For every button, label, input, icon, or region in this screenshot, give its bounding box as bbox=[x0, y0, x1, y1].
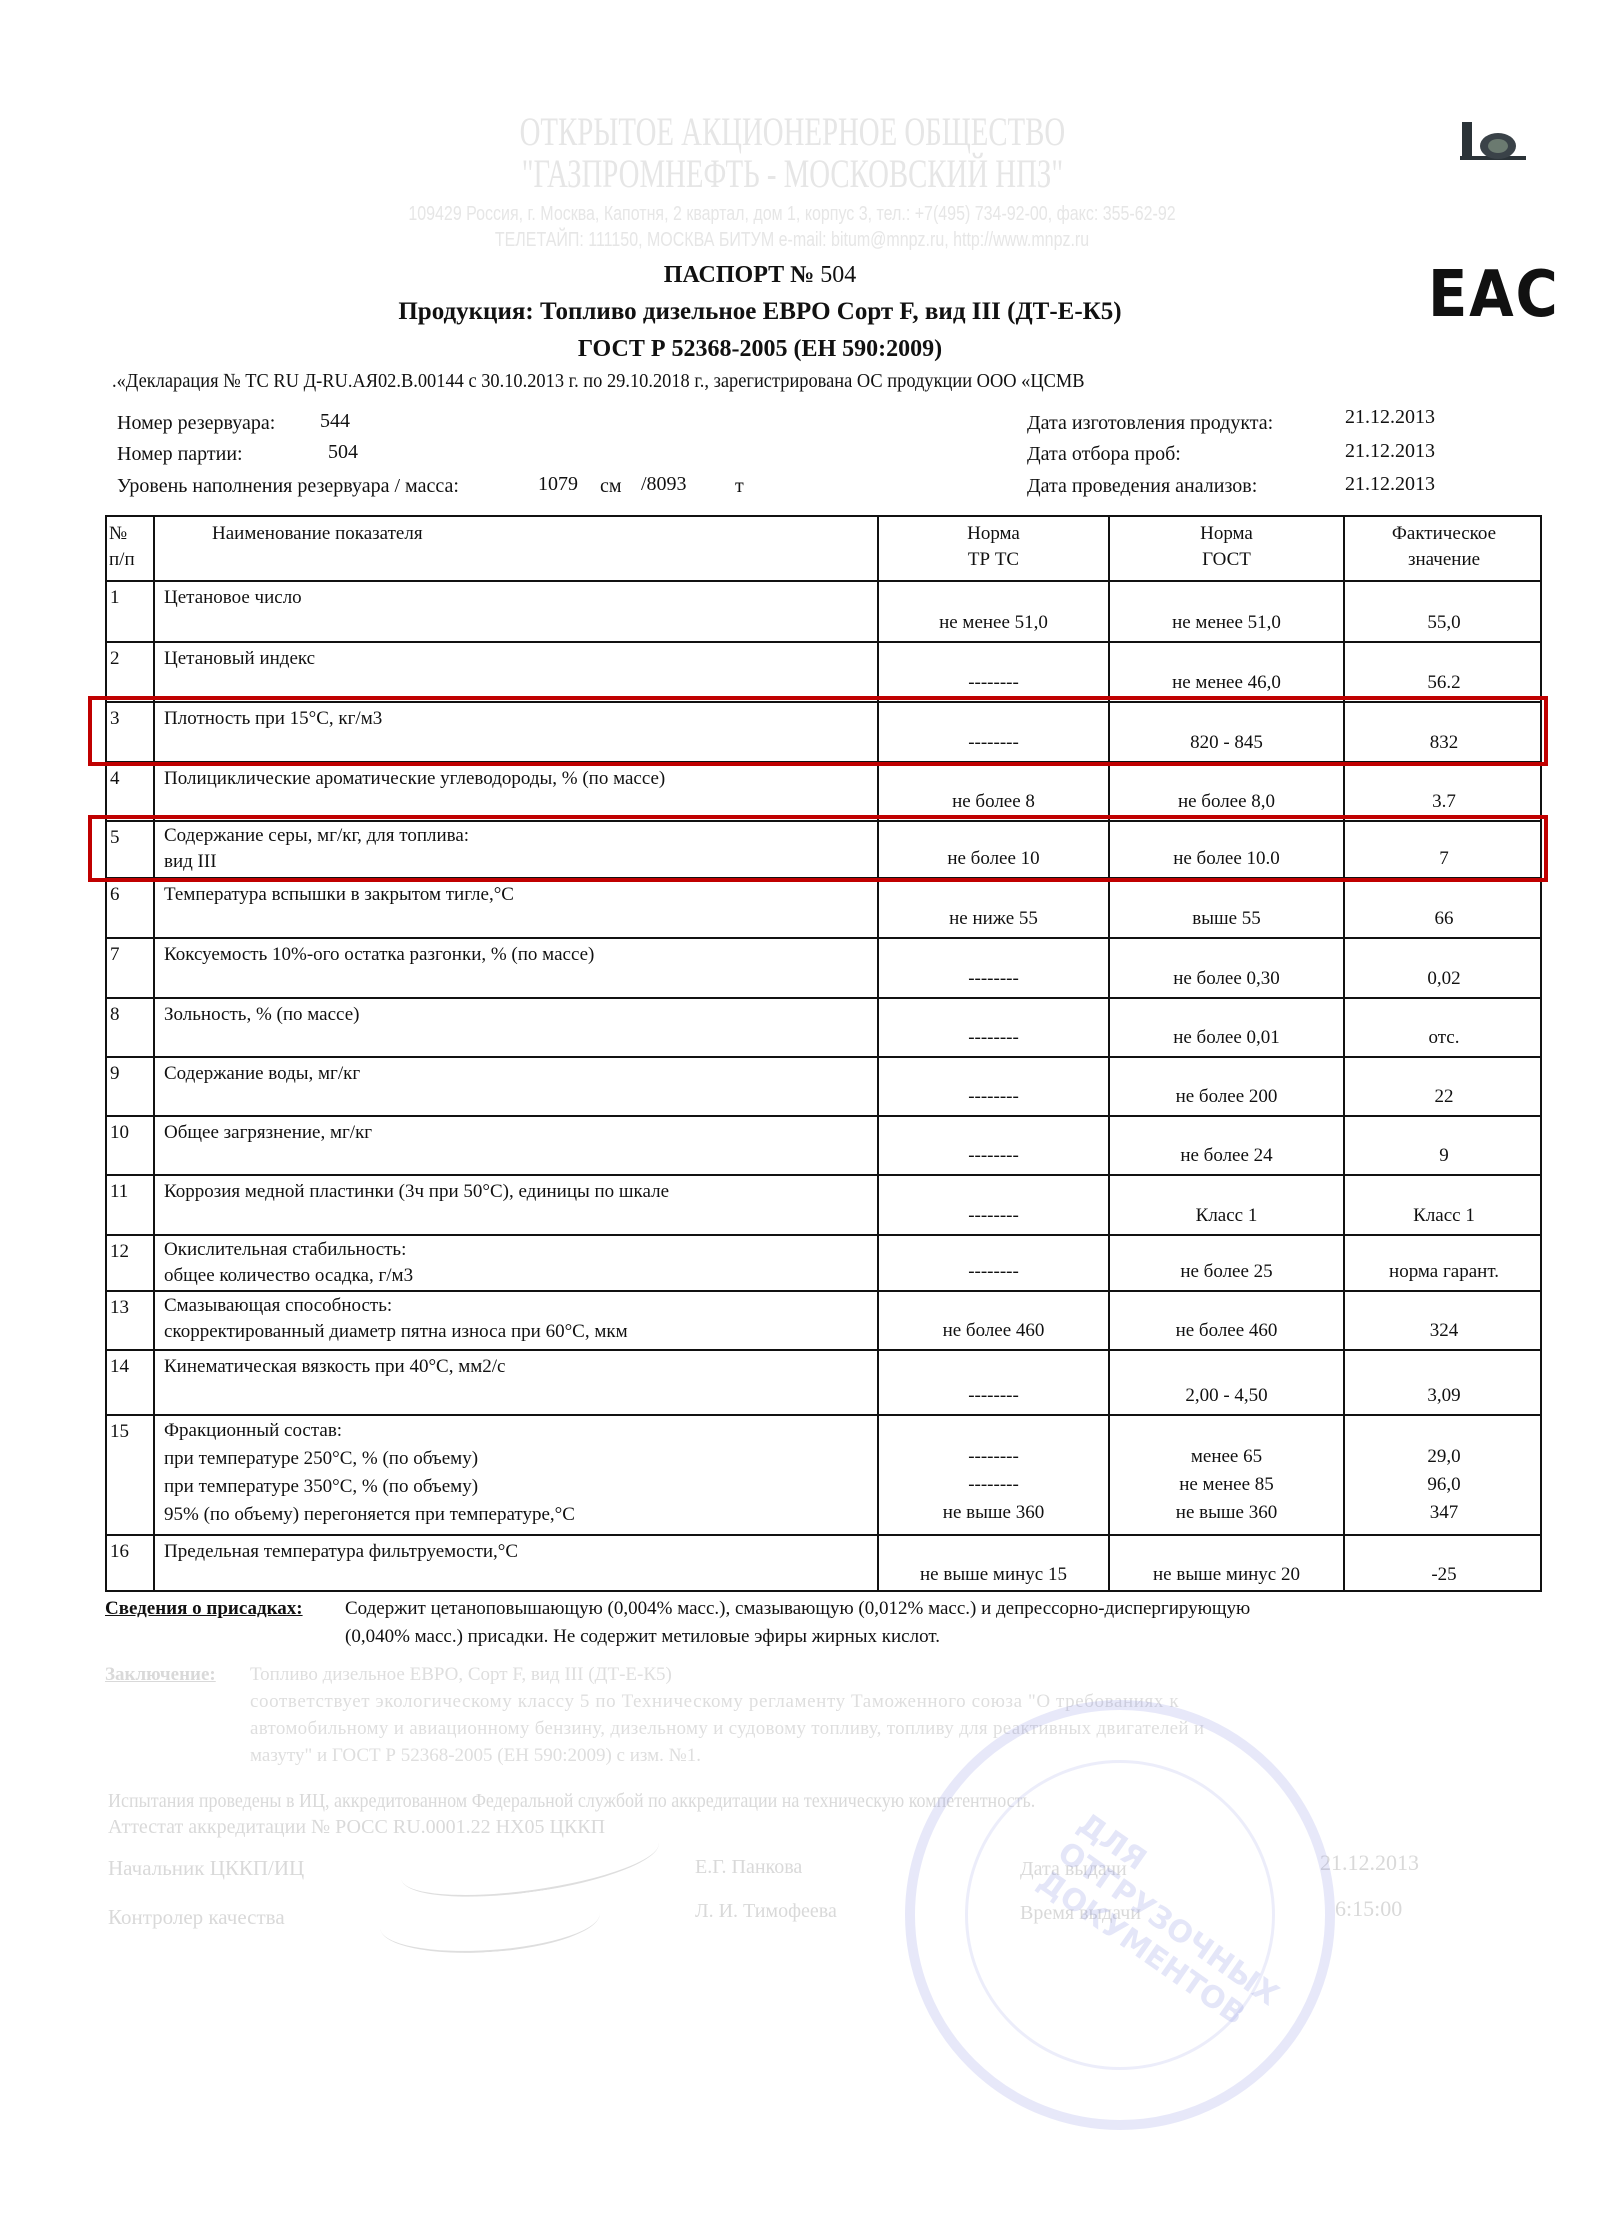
actual-value: отс. bbox=[1344, 1023, 1544, 1053]
controller-title: Контролер качества bbox=[108, 1905, 285, 1930]
actual-value: 22 bbox=[1344, 1082, 1544, 1112]
norm-trts-value: не менее 51,0 bbox=[878, 608, 1109, 638]
norm-trts-value: -------- bbox=[878, 1082, 1109, 1112]
actual-value: Класс 1 bbox=[1344, 1201, 1544, 1231]
passport-number: 504 bbox=[820, 262, 856, 288]
norm-gost-value: не менее 46,0 bbox=[1109, 668, 1344, 698]
row-number: 9 bbox=[110, 1059, 120, 1089]
conclusion-line4: мазуту" и ГОСТ Р 52368-2005 (ЕН 590:2009… bbox=[250, 1745, 701, 1767]
standard-title: ГОСТ Р 52368-2005 (ЕН 590:2009) bbox=[0, 336, 1520, 363]
norm-trts-value: -------- bbox=[878, 1201, 1109, 1231]
company-address: 109429 Россия, г. Москва, Капотня, 2 ква… bbox=[148, 203, 1436, 226]
row-divider bbox=[107, 580, 1540, 582]
norm-trts-value: не выше минус 15 bbox=[878, 1560, 1109, 1590]
row-number: 8 bbox=[110, 1000, 120, 1030]
row-number: 13 bbox=[110, 1293, 129, 1323]
row-number: 15 bbox=[110, 1417, 129, 1447]
norm-trts-value: не ниже 55 bbox=[878, 904, 1109, 934]
tests-statement: Испытания проведены в ИЦ, аккредитованно… bbox=[108, 1790, 1035, 1813]
row-divider bbox=[107, 1115, 1540, 1117]
indicator-name: Кинематическая вязкость при 40°С, мм2/с bbox=[164, 1352, 505, 1382]
indicator-name: Коксуемость 10%-ого остатка разгонки, % … bbox=[164, 940, 594, 970]
signature-controller bbox=[378, 1882, 602, 1959]
norm-trts-value: не более 460 bbox=[878, 1316, 1109, 1346]
norm-gost-value: не более 0,30 bbox=[1109, 964, 1344, 994]
actual-value: 66 bbox=[1344, 904, 1544, 934]
norm-gost-value: не более 25 bbox=[1109, 1257, 1344, 1287]
row-divider bbox=[107, 1534, 1540, 1536]
controller-name: Л. И. Тимофеева bbox=[695, 1900, 837, 1923]
row-divider bbox=[107, 1056, 1540, 1058]
indicator-name: Содержание воды, мг/кг bbox=[164, 1059, 360, 1089]
batch-number-value: 504 bbox=[328, 441, 358, 464]
row-number: 1 bbox=[110, 583, 120, 613]
batch-number-label: Номер партии: bbox=[117, 443, 243, 466]
fill-level-unit: см bbox=[600, 475, 622, 498]
indicator-name: Полициклические ароматические углеводоро… bbox=[164, 764, 665, 794]
company-contacts: ТЕЛЕТАЙП: 111150, МОСКВА БИТУМ e-mail: b… bbox=[148, 229, 1436, 252]
indicator-name: Окислительная стабильность:общее количес… bbox=[164, 1237, 413, 1289]
actual-value: 55,0 bbox=[1344, 608, 1544, 638]
conclusion-label: Заключение: bbox=[105, 1664, 216, 1686]
issue-time-value: 6:15:00 bbox=[1335, 1896, 1402, 1922]
row-number: 7 bbox=[110, 940, 120, 970]
analysis-date-value: 21.12.2013 bbox=[1345, 473, 1435, 496]
production-date-value: 21.12.2013 bbox=[1345, 406, 1435, 429]
norm-trts-value: -------- bbox=[878, 1381, 1109, 1411]
actual-value: 9 bbox=[1344, 1141, 1544, 1171]
norm-gost-value: 2,00 - 4,50 bbox=[1109, 1381, 1344, 1411]
indicator-name: Цетановый индекс bbox=[164, 644, 315, 674]
row-number: 4 bbox=[110, 764, 120, 794]
row-divider bbox=[107, 937, 1540, 939]
column-divider bbox=[153, 517, 155, 1590]
norm-trts-value: -------- bbox=[878, 1023, 1109, 1053]
norm-gost-value: не более 8,0 bbox=[1109, 787, 1344, 817]
additives-line2: (0,040% масс.) присадки. Не содержит мет… bbox=[345, 1626, 940, 1648]
row-divider bbox=[107, 1234, 1540, 1236]
analysis-date-label: Дата проведения анализов: bbox=[1027, 475, 1257, 498]
fill-level-label: Уровень наполнения резервуара / масса: bbox=[117, 475, 459, 498]
indicator-name: Смазывающая способность:скорректированны… bbox=[164, 1293, 628, 1345]
row-divider bbox=[107, 1174, 1540, 1176]
sampling-date-label: Дата отбора проб: bbox=[1027, 443, 1181, 466]
indicator-name: Фракционный состав:при температуре 250°С… bbox=[164, 1417, 575, 1529]
norm-trts-value: ----------------не выше 360 bbox=[878, 1443, 1109, 1527]
row-divider bbox=[107, 1349, 1540, 1351]
row-number: 2 bbox=[110, 644, 120, 674]
header-actual-value: Фактическоезначение bbox=[1346, 521, 1542, 573]
conclusion-line1: Топливо дизельное ЕВРО, Сорт F, вид III … bbox=[250, 1664, 672, 1686]
tank-number-label: Номер резервуара: bbox=[117, 412, 275, 435]
norm-gost-value: не более 24 bbox=[1109, 1141, 1344, 1171]
highlight-box bbox=[88, 696, 1548, 766]
head-title: Начальник ЦККП/ИЦ bbox=[108, 1856, 304, 1881]
mass-value: /8093 bbox=[641, 473, 687, 496]
additives-line1: Содержит цетаноповышающую (0,004% масс.)… bbox=[345, 1598, 1250, 1620]
company-name-line2: "ГАЗПРОМНЕФТЬ - МОСКОВСКИЙ НПЗ" bbox=[213, 150, 1372, 197]
sampling-date-value: 21.12.2013 bbox=[1345, 440, 1435, 463]
highlight-box bbox=[88, 815, 1548, 882]
norm-gost-value: не более 460 bbox=[1109, 1316, 1344, 1346]
norm-gost-value: не более 0,01 bbox=[1109, 1023, 1344, 1053]
actual-value: 324 bbox=[1344, 1316, 1544, 1346]
mass-unit: т bbox=[735, 475, 744, 498]
row-divider bbox=[107, 641, 1540, 643]
declaration-line: .«Декларация № ТС RU Д-RU.АЯ02.В.00144 с… bbox=[112, 370, 1085, 393]
actual-value: 3,09 bbox=[1344, 1381, 1544, 1411]
passport-title: ПАСПОРТ № 504 bbox=[0, 262, 1520, 289]
row-number: 14 bbox=[110, 1352, 129, 1382]
actual-value: 3.7 bbox=[1344, 787, 1544, 817]
company-stamp: ДЛЯ ОТГРУЗОЧНЫХ ДОКУМЕНТОВ bbox=[905, 1700, 1335, 2130]
row-divider bbox=[107, 997, 1540, 999]
logo-mark-icon bbox=[1458, 118, 1528, 162]
production-date-label: Дата изготовления продукта: bbox=[1027, 412, 1273, 435]
indicator-name: Температура вспышки в закрытом тигле,°С bbox=[164, 880, 514, 910]
issue-date-value: 21.12.2013 bbox=[1320, 1850, 1419, 1876]
row-number: 6 bbox=[110, 880, 120, 910]
norm-gost-value: не выше минус 20 bbox=[1109, 1560, 1344, 1590]
quality-table: №п/пНаименование показателяНормаТР ТСНор… bbox=[105, 515, 1542, 1592]
norm-trts-value: -------- bbox=[878, 1141, 1109, 1171]
norm-trts-value: -------- bbox=[878, 668, 1109, 698]
indicator-name: Цетановое число bbox=[164, 583, 302, 613]
norm-trts-value: -------- bbox=[878, 1257, 1109, 1287]
actual-value: норма гарант. bbox=[1344, 1257, 1544, 1287]
norm-trts-value: -------- bbox=[878, 964, 1109, 994]
actual-value: -25 bbox=[1344, 1560, 1544, 1590]
indicator-name: Зольность, % (по массе) bbox=[164, 1000, 359, 1030]
norm-gost-value: не менее 51,0 bbox=[1109, 608, 1344, 638]
actual-value: 0,02 bbox=[1344, 964, 1544, 994]
indicator-name: Коррозия медной пластинки (3ч при 50°С),… bbox=[164, 1177, 669, 1207]
tank-number-value: 544 bbox=[320, 410, 350, 433]
row-number: 10 bbox=[110, 1118, 129, 1148]
fill-level-value: 1079 bbox=[538, 473, 578, 496]
company-name-line1: ОТКРЫТОЕ АКЦИОНЕРНОЕ ОБЩЕСТВО bbox=[213, 108, 1372, 155]
norm-gost-value: выше 55 bbox=[1109, 904, 1344, 934]
norm-gost-value: не более 200 bbox=[1109, 1082, 1344, 1112]
actual-value: 56.2 bbox=[1344, 668, 1544, 698]
row-divider bbox=[107, 1414, 1540, 1416]
norm-trts-value: не более 8 bbox=[878, 787, 1109, 817]
head-name: Е.Г. Панкова bbox=[695, 1856, 802, 1879]
product-title: Продукция: Топливо дизельное ЕВРО Сорт F… bbox=[0, 298, 1520, 326]
row-number: 12 bbox=[110, 1237, 129, 1267]
conclusion-line2: соответствует экологическому классу 5 по… bbox=[250, 1691, 1179, 1713]
passport-title-prefix: ПАСПОРТ № bbox=[664, 262, 815, 288]
header-norm-gost: НормаГОСТ bbox=[1111, 521, 1342, 573]
row-number: 16 bbox=[110, 1537, 129, 1567]
actual-value: 29,096,0347 bbox=[1344, 1443, 1544, 1527]
additives-label: Сведения о присадках: bbox=[105, 1598, 303, 1620]
header-name: Наименование показателя bbox=[212, 521, 423, 547]
norm-gost-value: менее 65не менее 85не выше 360 bbox=[1109, 1443, 1344, 1527]
header-norm-trts: НормаТР ТС bbox=[880, 521, 1107, 573]
row-number: 11 bbox=[110, 1177, 128, 1207]
indicator-name: Предельная температура фильтруемости,°С bbox=[164, 1537, 518, 1567]
row-divider bbox=[107, 1290, 1540, 1292]
norm-gost-value: Класс 1 bbox=[1109, 1201, 1344, 1231]
header-number: №п/п bbox=[109, 521, 152, 573]
indicator-name: Общее загрязнение, мг/кг bbox=[164, 1118, 372, 1148]
